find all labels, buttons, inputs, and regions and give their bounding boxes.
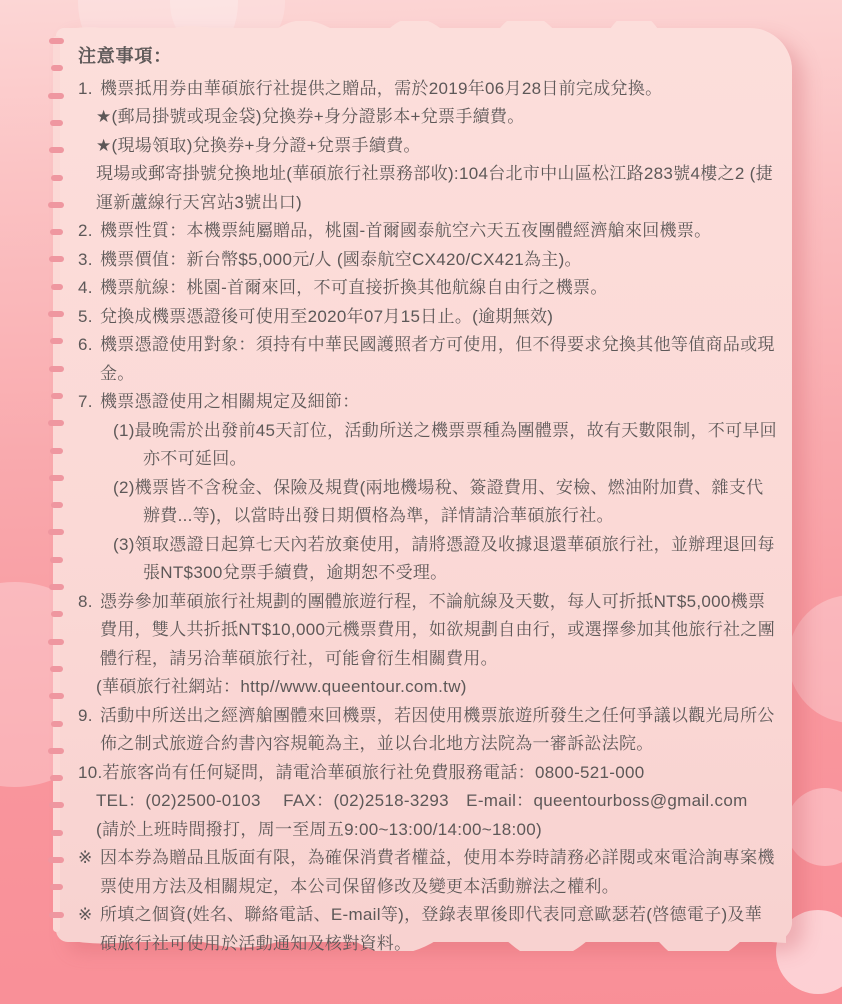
notice-paper: 注意事項： 1.機票抵用券由華碩旅行社提供之贈品，需於2019年06月28日前完… bbox=[56, 28, 792, 942]
list-item: 7.機票憑證使用之相關規定及細節： bbox=[78, 388, 778, 417]
torn-edge-dash bbox=[50, 229, 63, 235]
item-number: 5. bbox=[78, 303, 100, 332]
item-subline: ★(現場領取)兌換券+身分證+兌票手續費。 bbox=[96, 132, 778, 161]
item-subline: (1)最晚需於出發前45天訂位，活動所送之機票票種為團體票，故有天數限制，不可早… bbox=[113, 417, 778, 474]
torn-edge-dash bbox=[48, 93, 64, 99]
torn-edge-dash bbox=[51, 284, 63, 290]
torn-edge-dash bbox=[50, 120, 63, 126]
torn-edge-dash bbox=[51, 65, 63, 71]
background-circle bbox=[786, 788, 842, 866]
item-subline: (2)機票皆不含稅金、保險及規費(兩地機場稅、簽證費用、安檢、燃油附加費、雜支代… bbox=[113, 474, 778, 531]
torn-edge-dash bbox=[48, 529, 64, 535]
item-text: 若旅客尚有任何疑問，請電洽華碩旅行社免費服務電話：0800-521-000 bbox=[103, 759, 778, 788]
item-text: 兌換成機票憑證後可使用至2020年07月15日止。(逾期無效) bbox=[100, 303, 778, 332]
torn-edge-dash bbox=[48, 311, 64, 317]
item-text: 活動中所送出之經濟艙團體來回機票，若因使用機票旅遊所發生之任何爭議以觀光局所公佈… bbox=[100, 702, 778, 759]
item-subline: 現場或郵寄掛號兌換地址(華碩旅行社票務部收):104台北市中山區松江路283號4… bbox=[96, 160, 778, 217]
torn-edge-dash bbox=[49, 256, 64, 262]
torn-edge-dash bbox=[49, 584, 64, 590]
torn-edge-dash bbox=[49, 912, 64, 918]
note-text: 所填之個資(姓名、聯絡電話、E-mail等)，登錄表單後即代表同意歐瑟若(啓德電… bbox=[100, 901, 778, 958]
note-text: 因本券為贈品且版面有限，為確保消費者權益，使用本券時請務必詳閱或來電洽詢專案機票… bbox=[100, 844, 778, 901]
item-number: 8. bbox=[78, 588, 100, 674]
item-subline: (請於上班時間撥打，周一至周五9:00~13:00/14:00~18:00) bbox=[96, 816, 778, 845]
torn-edge-dash bbox=[51, 611, 63, 617]
torn-edge-dash bbox=[49, 475, 64, 481]
item-number: 3. bbox=[78, 246, 100, 275]
torn-edge-dash bbox=[49, 693, 64, 699]
torn-edge-dash bbox=[48, 202, 64, 208]
list-item: 10.若旅客尚有任何疑問，請電洽華碩旅行社免費服務電話：0800-521-000 bbox=[78, 759, 778, 788]
item-number: 6. bbox=[78, 331, 100, 388]
background-circle bbox=[788, 595, 842, 723]
note-item: ※所填之個資(姓名、聯絡電話、E-mail等)，登錄表單後即代表同意歐瑟若(啓德… bbox=[78, 901, 778, 958]
item-subline: ★(郵局掛號或現金袋)兌換券+身分證影本+兌票手續費。 bbox=[96, 103, 778, 132]
list-item: 5.兌換成機票憑證後可使用至2020年07月15日止。(逾期無效) bbox=[78, 303, 778, 332]
list-item: 1.機票抵用券由華碩旅行社提供之贈品，需於2019年06月28日前完成兌換。 bbox=[78, 75, 778, 104]
item-subline: TEL：(02)2500-0103 FAX：(02)2518-3293 E-ma… bbox=[96, 787, 778, 816]
torn-edge-dash bbox=[48, 639, 64, 645]
list-item: 6.機票憑證使用對象：須持有中華民國護照者方可使用，但不得要求兌換其他等值商品或… bbox=[78, 331, 778, 388]
item-subline: (華碩旅行社網站：http//www.queentour.com.tw) bbox=[96, 673, 778, 702]
torn-edge-dash bbox=[50, 448, 63, 454]
note-marker: ※ bbox=[78, 844, 100, 901]
notice-title: 注意事項： bbox=[78, 42, 778, 71]
item-number: 10. bbox=[78, 759, 103, 788]
torn-edge-dash bbox=[50, 557, 63, 563]
list-item: 3.機票價值：新台幣$5,000元/人 (國泰航空CX420/CX421為主)。 bbox=[78, 246, 778, 275]
list-item: 4.機票航線：桃園-首爾來回，不可直接折換其他航線自由行之機票。 bbox=[78, 274, 778, 303]
note-item: ※因本券為贈品且版面有限，為確保消費者權益，使用本券時請務必詳閱或來電洽詢專案機… bbox=[78, 844, 778, 901]
item-text: 憑券參加華碩旅行社規劃的團體旅遊行程，不論航線及天數，每人可折抵NT$5,000… bbox=[100, 588, 778, 674]
torn-edge-dash bbox=[48, 420, 64, 426]
torn-edge-dash bbox=[49, 38, 64, 44]
torn-edge-dash bbox=[49, 802, 64, 808]
torn-edge-dash bbox=[50, 666, 63, 672]
notice-content: 注意事項： 1.機票抵用券由華碩旅行社提供之贈品，需於2019年06月28日前完… bbox=[78, 42, 778, 958]
torn-top-edge bbox=[60, 21, 700, 35]
torn-edge-dash bbox=[51, 175, 63, 181]
item-text: 機票性質：本機票純屬贈品，桃園-首爾國泰航空六天五夜團體經濟艙來回機票。 bbox=[100, 217, 778, 246]
item-subline: (3)領取憑證日起算七天內若放棄使用，請將憑證及收據退還華碩旅行社，並辦理退回每… bbox=[113, 531, 778, 588]
list-item: 2.機票性質：本機票純屬贈品，桃園-首爾國泰航空六天五夜團體經濟艙來回機票。 bbox=[78, 217, 778, 246]
torn-edge-dash bbox=[50, 338, 63, 344]
item-text: 機票航線：桃園-首爾來回，不可直接折換其他航線自由行之機票。 bbox=[100, 274, 778, 303]
item-text: 機票價值：新台幣$5,000元/人 (國泰航空CX420/CX421為主)。 bbox=[100, 246, 778, 275]
item-text: 機票憑證使用之相關規定及細節： bbox=[100, 388, 778, 417]
torn-edge-dash bbox=[48, 857, 64, 863]
notice-list: 1.機票抵用券由華碩旅行社提供之贈品，需於2019年06月28日前完成兌換。★(… bbox=[78, 75, 778, 959]
torn-edge-dash bbox=[49, 366, 64, 372]
torn-edge-dash bbox=[51, 502, 63, 508]
item-text: 機票憑證使用對象：須持有中華民國護照者方可使用，但不得要求兌換其他等值商品或現金… bbox=[100, 331, 778, 388]
item-number: 1. bbox=[78, 75, 100, 104]
torn-edge-dash bbox=[50, 775, 63, 781]
torn-edge-dash bbox=[51, 721, 63, 727]
torn-edge-dash bbox=[48, 748, 64, 754]
item-text: 機票抵用券由華碩旅行社提供之贈品，需於2019年06月28日前完成兌換。 bbox=[100, 75, 778, 104]
list-item: 8.憑券參加華碩旅行社規劃的團體旅遊行程，不論航線及天數，每人可折抵NT$5,0… bbox=[78, 588, 778, 674]
item-number: 9. bbox=[78, 702, 100, 759]
item-number: 7. bbox=[78, 388, 100, 417]
torn-edge-dash bbox=[51, 830, 63, 836]
list-item: 9.活動中所送出之經濟艙團體來回機票，若因使用機票旅遊所發生之任何爭議以觀光局所… bbox=[78, 702, 778, 759]
note-marker: ※ bbox=[78, 901, 100, 958]
item-number: 2. bbox=[78, 217, 100, 246]
torn-edge-dash bbox=[50, 884, 63, 890]
item-number: 4. bbox=[78, 274, 100, 303]
torn-edge-dash bbox=[51, 393, 63, 399]
torn-edge-dash bbox=[49, 147, 64, 153]
